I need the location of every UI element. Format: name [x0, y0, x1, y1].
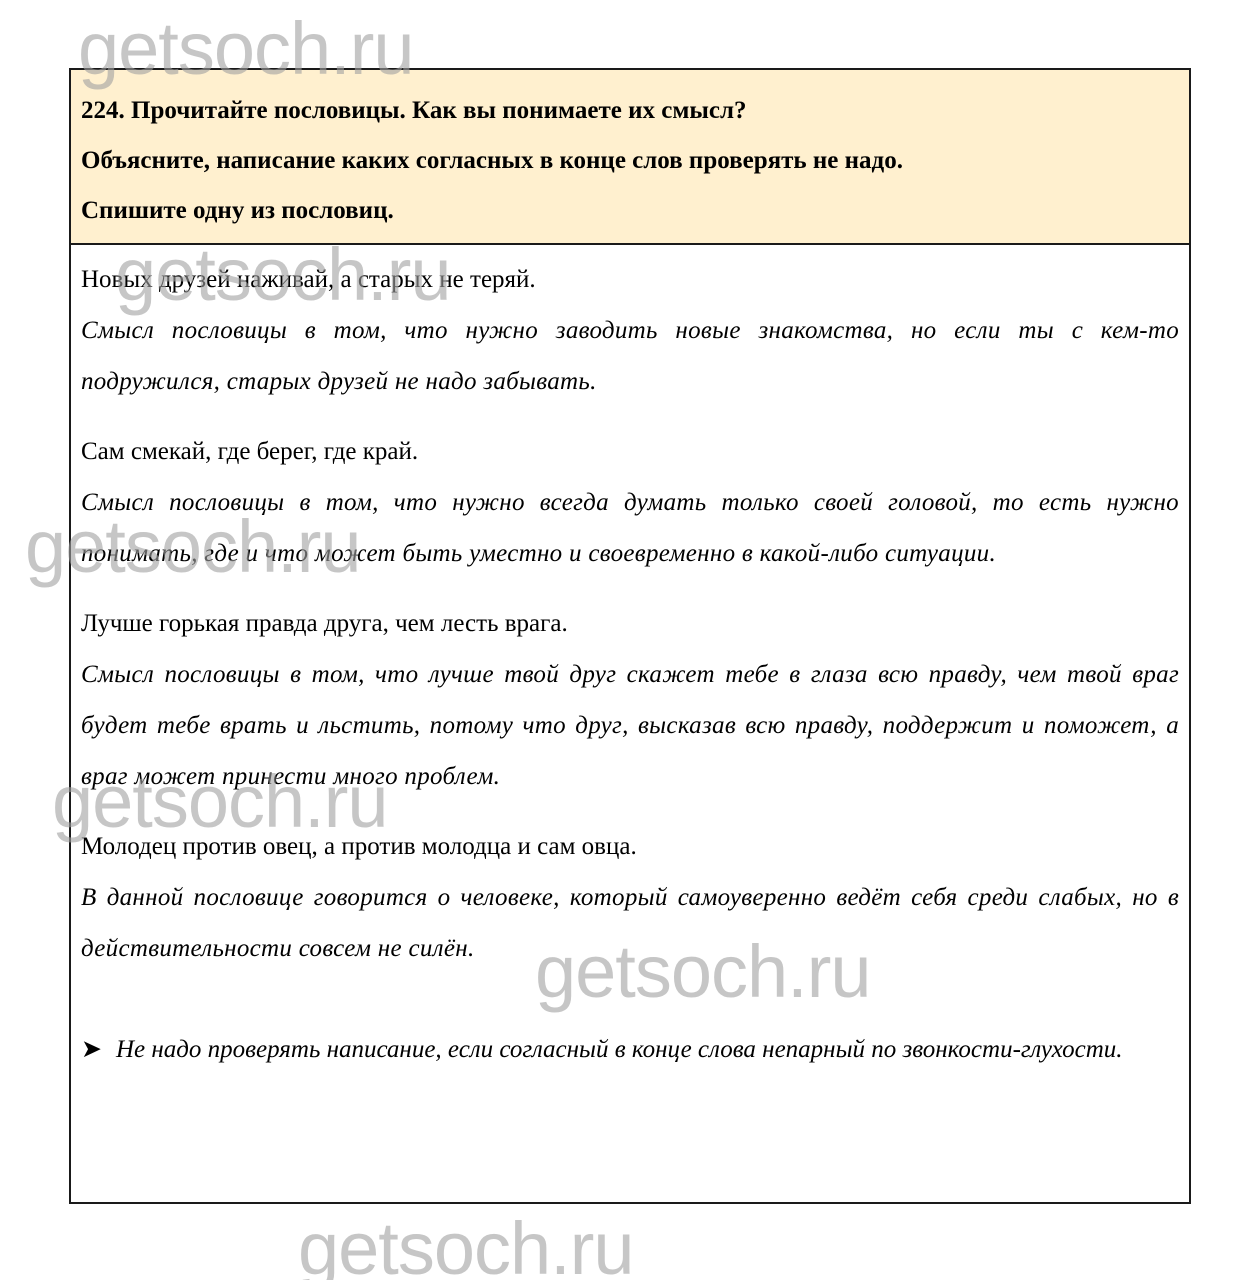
proverb-block: Сам смекай, где берег, где край. Смысл п…: [81, 427, 1179, 579]
task-instruction: Спишите одну из пословиц.: [81, 186, 1179, 236]
proverb-block: Молодец против овец, а против молодца и …: [81, 822, 1179, 974]
proverb-meaning: В данной пословице говорится о человеке,…: [81, 872, 1179, 974]
rule-note-text: Не надо проверять написание, если соглас…: [116, 1036, 1123, 1063]
task-title: 224. Прочитайте пословицы. Как вы понима…: [81, 86, 1179, 136]
rule-note: ➤Не надо проверять написание, если согла…: [81, 1024, 1179, 1075]
proverb-meaning: Смысл пословицы в том, что лучше твой др…: [81, 649, 1179, 802]
task-header: 224. Прочитайте пословицы. Как вы понима…: [71, 70, 1189, 245]
exercise-card: 224. Прочитайте пословицы. Как вы понима…: [69, 68, 1191, 1204]
proverb-block: Новых друзей наживай, а старых не теряй.…: [81, 255, 1179, 407]
proverb-meaning: Смысл пословицы в том, что нужно заводит…: [81, 305, 1179, 407]
proverb-text: Молодец против овец, а против молодца и …: [81, 822, 1179, 872]
proverb-block: Лучше горькая правда друга, чем лесть вр…: [81, 599, 1179, 802]
proverb-text: Лучше горькая правда друга, чем лесть вр…: [81, 599, 1179, 649]
proverb-text: Сам смекай, где берег, где край.: [81, 427, 1179, 477]
proverb-meaning: Смысл пословицы в том, что нужно всегда …: [81, 477, 1179, 579]
proverb-text: Новых друзей наживай, а старых не теряй.: [81, 255, 1179, 305]
arrow-bullet-icon: ➤: [81, 1036, 102, 1063]
answer-content: Новых друзей наживай, а старых не теряй.…: [71, 245, 1189, 1075]
watermark: getsoch.ru: [298, 1212, 634, 1280]
task-instruction: Объясните, написание каких согласных в к…: [81, 136, 1179, 186]
